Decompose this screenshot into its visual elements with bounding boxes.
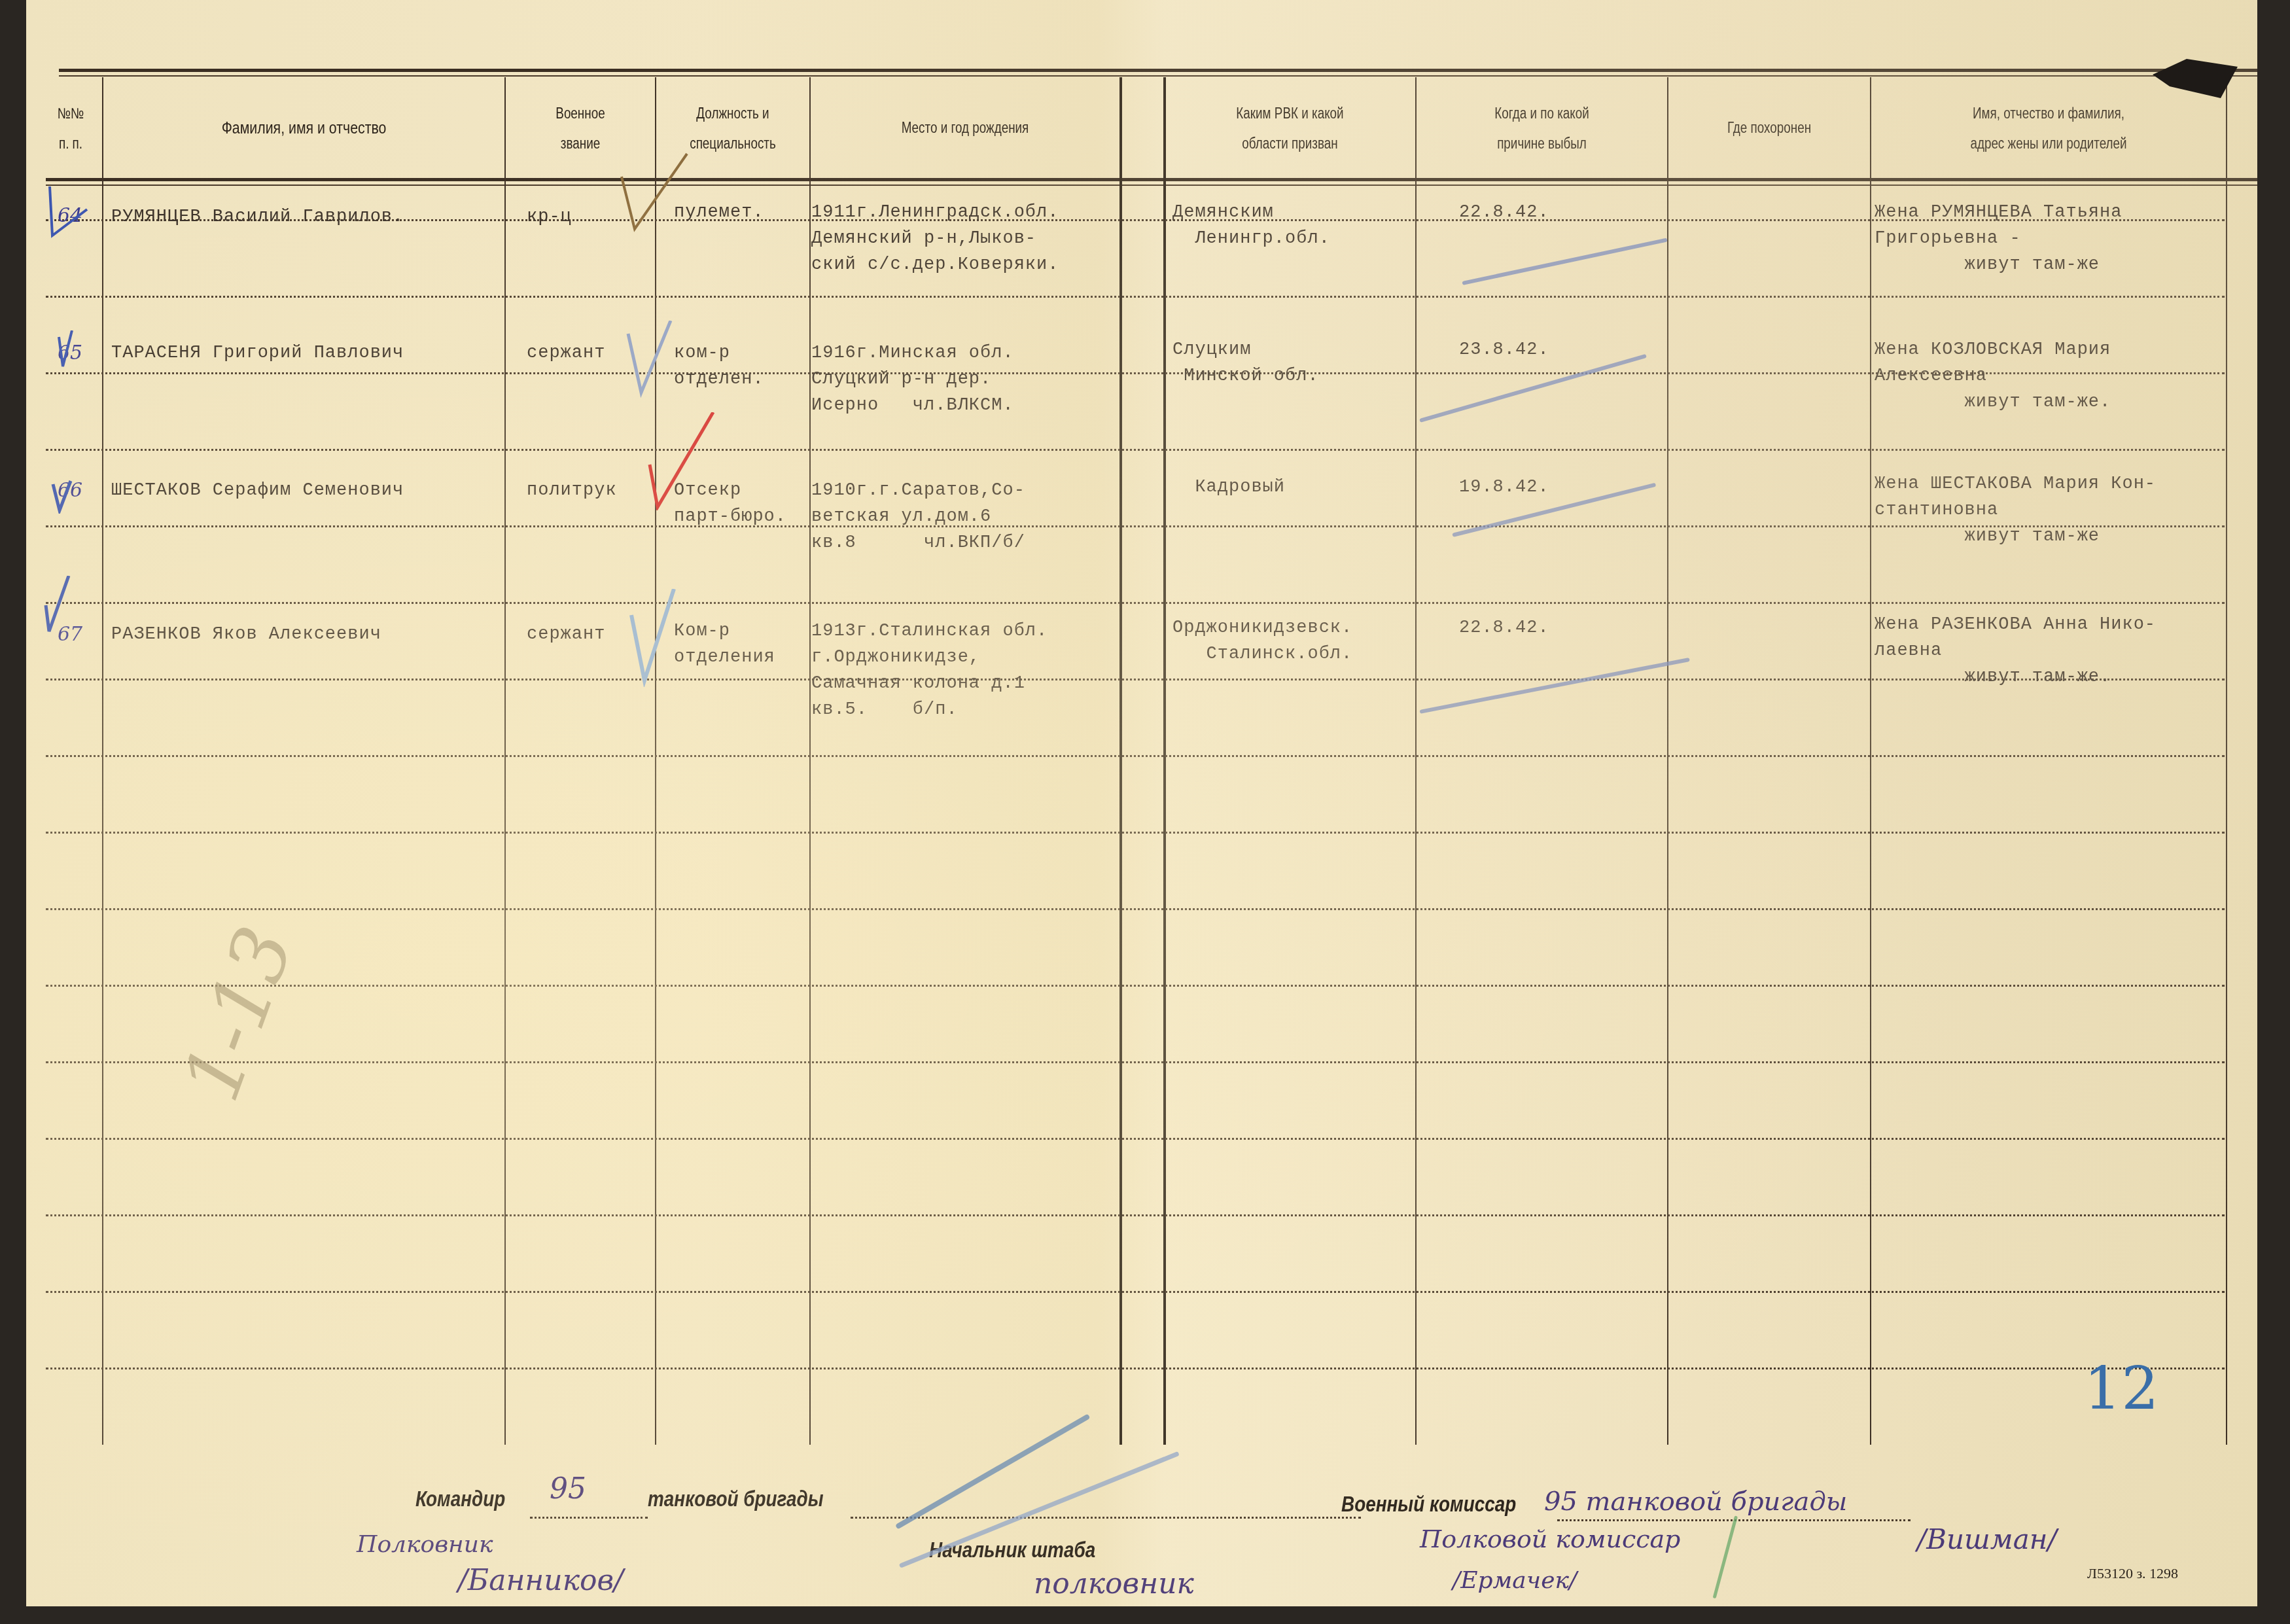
row-birth: 1910г.г.Саратов,Со- ветская ул.дом.6 кв.… [811,478,1025,556]
row-guide-line [46,219,2225,221]
margin-check-icon [43,576,75,635]
row-guide-line [46,525,2225,527]
row-guide-line [46,1138,2225,1140]
header-buried: Где похоронен [1687,113,1852,143]
row-guide-line [46,602,2225,604]
green-signature-stroke [1713,1515,1738,1598]
row-number: 66 [58,479,82,502]
row-relatives: Жена РУМЯНЦЕВА Татьяна Григорьевна - жив… [1875,200,2122,278]
print-code: Л53120 з. 1298 [2087,1565,2178,1582]
row-guide-line [46,1214,2225,1216]
row-relatives: Жена КОЗЛОВСКАЯ Мария Алексеевна живут т… [1875,337,2111,415]
top-rule [59,69,2257,72]
margin-check-icon [52,330,79,370]
check-mark-icon [625,589,684,687]
row-birth: 1916г.Минская обл. Слуцкий р-н дер. Исер… [811,340,1014,419]
col-line [809,77,811,1445]
header-rvk: Каким РВК и какойобласти призван [1187,98,1392,158]
row-name: РУМЯНЦЕВ Василий Гаврилов. [111,204,404,230]
signature-stroke [899,1451,1180,1568]
commander-rank: Полковник [357,1531,493,1558]
pencil-stroke [1419,658,1689,714]
row-guide-line [46,908,2225,910]
row-relatives: Жена РАЗЕНКОВА Анна Нико- лаевна живут т… [1875,612,2156,690]
chief-name: /Ермачек/ [1453,1567,1577,1594]
header-position: Должность испециальность [670,98,796,158]
row-guide-line [46,372,2225,374]
header-birth: Место и год рождения [838,113,1091,143]
row-number: 65 [58,342,82,364]
row-guide-line [46,679,2225,680]
col-line [1870,77,1871,1445]
row-rvk: Орджоникидзевск. Сталинск.обл. [1172,615,1352,667]
pencil-stroke [1419,354,1647,423]
header-when: Когда и по какойпричине выбыл [1439,98,1644,158]
commander-unit-line [530,1517,648,1519]
header-rank: Военноезвание [520,98,642,158]
row-guide-line [46,296,2225,298]
row-name: РАЗЕНКОВ Яков Алексеевич [111,622,381,648]
col-line [102,77,103,1445]
row-rank: кр-ц [527,204,572,230]
commander-unit-label: танковой бригады [648,1487,824,1512]
row-rank: сержант [527,340,605,366]
row-position: ком-р отделен. [674,340,764,393]
document-page: №№п. п. Фамилия, имя и отчество Военноез… [26,0,2257,1606]
top-rule-thin [59,75,2257,77]
row-position: Отсекр парт-бюро. [674,478,786,530]
commander-signature-line [851,1517,1361,1519]
col-line [1415,77,1417,1445]
check-mark-icon [615,150,694,236]
commissar-rank: Полковой комиссар [1420,1525,1680,1553]
row-guide-line [46,1061,2225,1063]
row-when: 23.8.42. [1459,337,1549,363]
row-relatives: Жена ШЕСТАКОВА Мария Кон- стантиновна жи… [1875,471,2156,550]
check-mark-icon [644,412,716,510]
row-rank: сержант [527,622,605,648]
row-rvk: Демянским Ленингр.обл. [1172,200,1330,252]
check-mark-icon [622,321,680,399]
row-when: 22.8.42. [1459,615,1549,641]
spine-line-right [1163,77,1166,1445]
pencil-stroke [1452,483,1656,537]
header-bottom-rule-thin [46,185,2257,186]
row-guide-line [46,985,2225,987]
commissar-label: Военный комиссар [1341,1492,1516,1517]
row-name: ШЕСТАКОВ Серафим Семенович [111,478,404,504]
header-bottom-rule [46,178,2257,181]
header-num: №№п. п. [45,98,97,158]
row-position: пулемет. [674,200,764,226]
commissar-name: /Вишман/ [1917,1523,2057,1555]
commander-label: Командир [415,1487,505,1512]
chief-of-staff-label: Начальник штаба [929,1538,1095,1563]
row-guide-line [46,832,2225,834]
pencil-stroke [1462,238,1667,285]
col-line [655,77,656,1445]
header-relatives: Имя, отчество и фамилия,адрес жены или р… [1903,98,2194,158]
row-name: ТАРАСЕНЯ Григорий Павлович [111,340,404,366]
row-guide-line [46,755,2225,757]
chief-rank: полковник [1034,1567,1194,1600]
row-guide-line [46,1368,2225,1369]
row-birth: 1911г.Ленинградск.обл. Демянский р-н,Лык… [811,200,1059,278]
row-when: 19.8.42. [1459,474,1549,501]
row-birth: 1913г.Сталинская обл. г.Орджоникидзе, Са… [811,618,1048,723]
row-rvk: Кадровый [1172,474,1285,501]
header-name: Фамилия, имя и отчество [139,113,468,143]
row-rvk: Слуцким Минской обл. [1172,337,1319,389]
margin-check-icon [50,474,76,514]
commissar-unit-line [1557,1519,1911,1521]
row-number: 64 [58,204,82,227]
row-guide-line [46,1291,2225,1293]
margin-note: 1-13 [166,915,311,1112]
col-line [504,77,506,1445]
spine-line-left [1119,77,1122,1445]
col-line [2226,77,2227,1445]
row-position: Ком-р отделения [674,618,775,671]
col-line [1667,77,1668,1445]
row-guide-line [46,449,2225,451]
row-number: 67 [58,623,82,646]
commander-name: /Банников/ [458,1564,624,1597]
row-rank: политрук [527,478,617,504]
margin-check-icon [44,183,90,242]
commissar-unit: 95 танковой бригады [1544,1487,1847,1517]
page-number: 12 [2084,1354,2159,1423]
row-when: 22.8.42. [1459,200,1549,226]
signature-stroke [895,1414,1090,1530]
commander-unit-number: 95 [550,1472,586,1506]
